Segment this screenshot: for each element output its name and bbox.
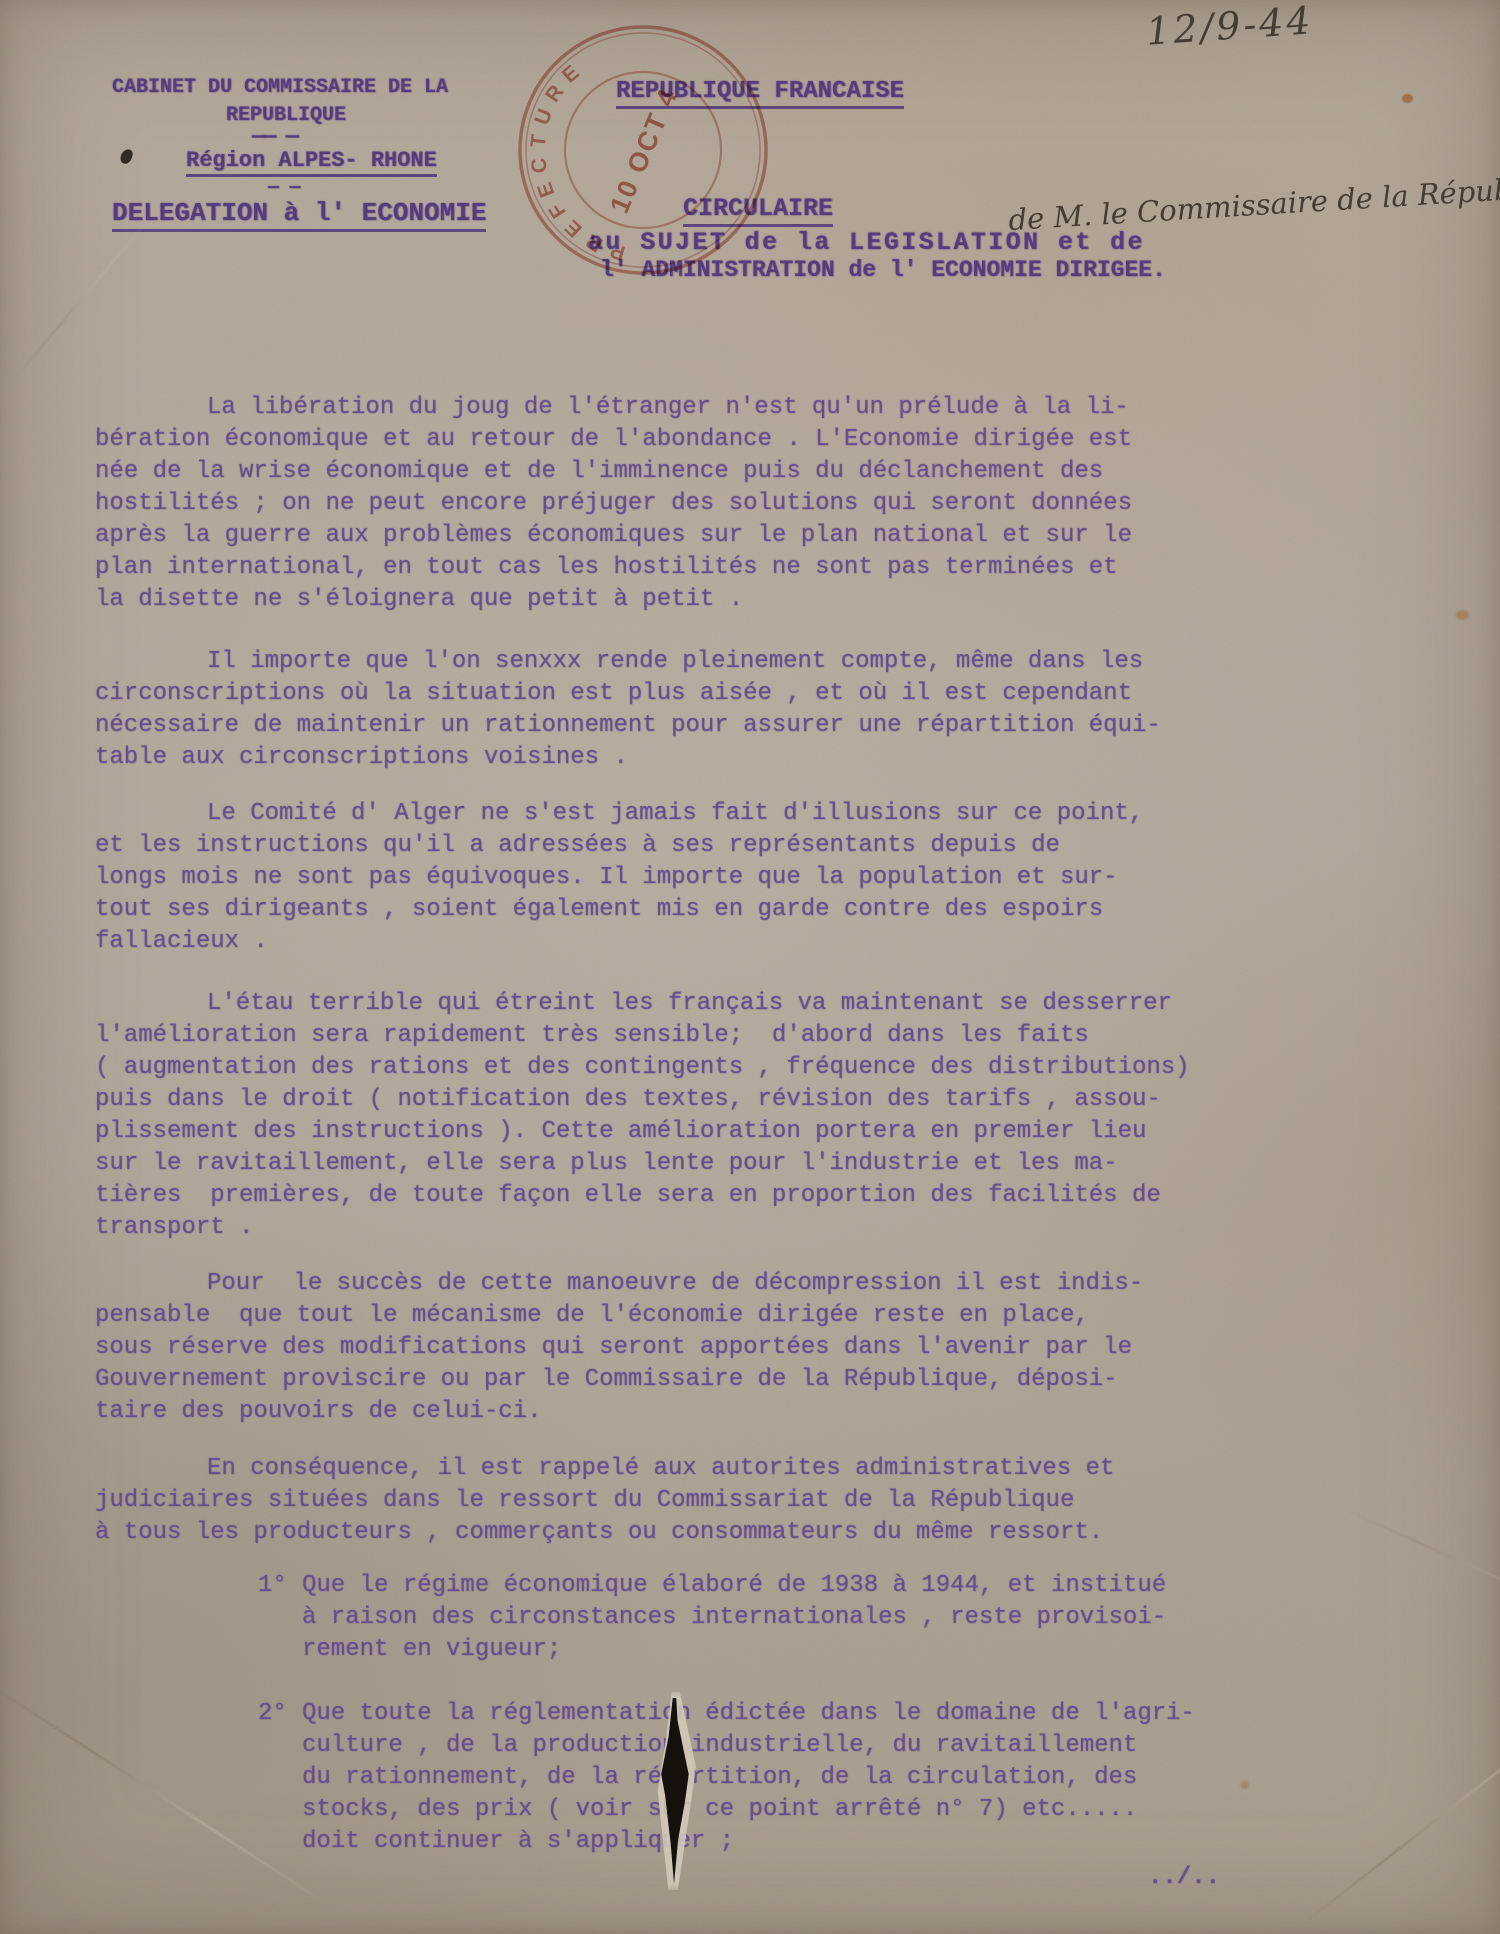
- region-line: Région ALPES- RHONE: [186, 148, 437, 177]
- text-line: table aux circonscriptions voisines .: [95, 742, 1161, 774]
- text-line: hostilités ; on ne peut encore préjuger …: [95, 488, 1132, 520]
- cabinet-line: CABINET DU COMMISSAIRE DE LA: [112, 76, 448, 99]
- text-line: Gouvernement proviscire ou par le Commis…: [95, 1364, 1143, 1396]
- text-line: l'amélioration sera rapidement très sens…: [95, 1020, 1190, 1052]
- body-paragraph: Il importe que l'on senxxx rende pleinem…: [95, 646, 1161, 774]
- text-line: circonscriptions où la situation est plu…: [95, 678, 1161, 710]
- text-line: et les instructions qu'il a adressées à …: [95, 830, 1143, 862]
- text-line: Il importe que l'on senxxx rende pleinem…: [207, 646, 1161, 678]
- body-paragraph: L'étau terrible qui étreint les français…: [95, 988, 1190, 1244]
- text-line: Que le régime économique élaboré de 1938…: [302, 1570, 1166, 1602]
- paper-crease: [1341, 1507, 1500, 1615]
- text-line: L'étau terrible qui étreint les français…: [207, 988, 1190, 1020]
- text-line: à raison des circonstances international…: [302, 1602, 1166, 1634]
- text-line: nécessaire de maintenir un rationnement …: [95, 710, 1161, 742]
- handwritten-circular-annotation: de M. le Commissaire de la République: [1007, 169, 1500, 237]
- text-line: culture , de la production industrielle,…: [302, 1730, 1195, 1762]
- text-line: Que toute la réglementation édictée dans…: [302, 1698, 1195, 1730]
- paper-crease: [1295, 1695, 1500, 1931]
- text-line: bération économique et au retour de l'ab…: [95, 424, 1132, 456]
- text-line: sur le ravitaillement, elle sera plus le…: [95, 1148, 1190, 1180]
- paper-crease: [9, 216, 152, 386]
- text-line: ( augmentation des rations et des contin…: [95, 1052, 1190, 1084]
- stamp-date: 10 OCT 4: [604, 83, 684, 217]
- separator-dashes: — —: [268, 178, 300, 198]
- text-line: Le Comité d' Alger ne s'est jamais fait …: [207, 798, 1143, 830]
- text-line: longs mois ne sont pas équivoques. Il im…: [95, 862, 1143, 894]
- rust-stain: [1240, 1781, 1249, 1789]
- body-paragraph: En conséquence, il est rappelé aux autor…: [95, 1453, 1114, 1549]
- text-line: sous réserve des modifications qui seron…: [95, 1332, 1143, 1364]
- handwritten-date-annotation: 12/9-44: [1145, 0, 1315, 54]
- text-line: En conséquence, il est rappelé aux autor…: [207, 1453, 1114, 1485]
- text-line: plan international, en tout cas les host…: [95, 552, 1132, 584]
- text-line: rement en vigueur;: [302, 1634, 1166, 1666]
- text-line: stocks, des prix ( voir sur ce point arr…: [302, 1794, 1195, 1826]
- continuation-mark: ../..: [1148, 1864, 1220, 1891]
- item-number: 1°: [258, 1570, 287, 1602]
- delegation-line: DELEGATION à l' ECONOMIE: [112, 198, 486, 232]
- text-line: après la guerre aux problèmes économique…: [95, 520, 1132, 552]
- text-line: transport .: [95, 1212, 1190, 1244]
- item-number: 2°: [258, 1698, 287, 1730]
- body-paragraph: Pour le succès de cette manoeuvre de déc…: [95, 1268, 1143, 1428]
- text-line: La libération du joug de l'étranger n'es…: [207, 392, 1132, 424]
- numbered-item-1: 1° Que le régime économique élaboré de 1…: [258, 1570, 1166, 1666]
- numbered-item-2: 2° Que toute la réglementation édictée d…: [258, 1698, 1195, 1858]
- text-line: la disette ne s'éloignera que petit à pe…: [95, 584, 1132, 616]
- text-line: puis dans le droit ( notification des te…: [95, 1084, 1190, 1116]
- text-line: à tous les producteurs , commerçants ou …: [95, 1517, 1114, 1549]
- text-line: plissement des instructions ). Cette amé…: [95, 1116, 1190, 1148]
- text-line: fallacieux .: [95, 926, 1143, 958]
- body-paragraph: Le Comité d' Alger ne s'est jamais fait …: [95, 798, 1143, 958]
- text-line: tières premières, de toute façon elle se…: [95, 1180, 1190, 1212]
- text-line: taire des pouvoirs de celui-ci.: [95, 1396, 1143, 1428]
- body-paragraph: La libération du joug de l'étranger n'es…: [95, 392, 1132, 616]
- text-line: judiciaires situées dans le ressort du C…: [95, 1485, 1114, 1517]
- text-line: Pour le succès de cette manoeuvre de déc…: [207, 1268, 1143, 1300]
- text-line: doit continuer à s'appliquer ;: [302, 1826, 1195, 1858]
- text-line: tout ses dirigeants , soient également m…: [95, 894, 1143, 926]
- text-line: née de la wrise économique et de l'immin…: [95, 456, 1132, 488]
- rust-stain: [1402, 94, 1413, 103]
- text-line: pensable que tout le mécanisme de l'écon…: [95, 1300, 1143, 1332]
- prefecture-stamp: PREFECTURE 10 OCT 4: [502, 9, 783, 290]
- separator-dashes: —— —: [252, 124, 297, 149]
- rust-stain: [1456, 610, 1469, 620]
- text-line: du rationnement, de la répartition, de l…: [302, 1762, 1195, 1794]
- document-page: 12/9-44 CABINET DU COMMISSAIRE DE LA REP…: [0, 0, 1500, 1934]
- ink-blot: [119, 148, 134, 166]
